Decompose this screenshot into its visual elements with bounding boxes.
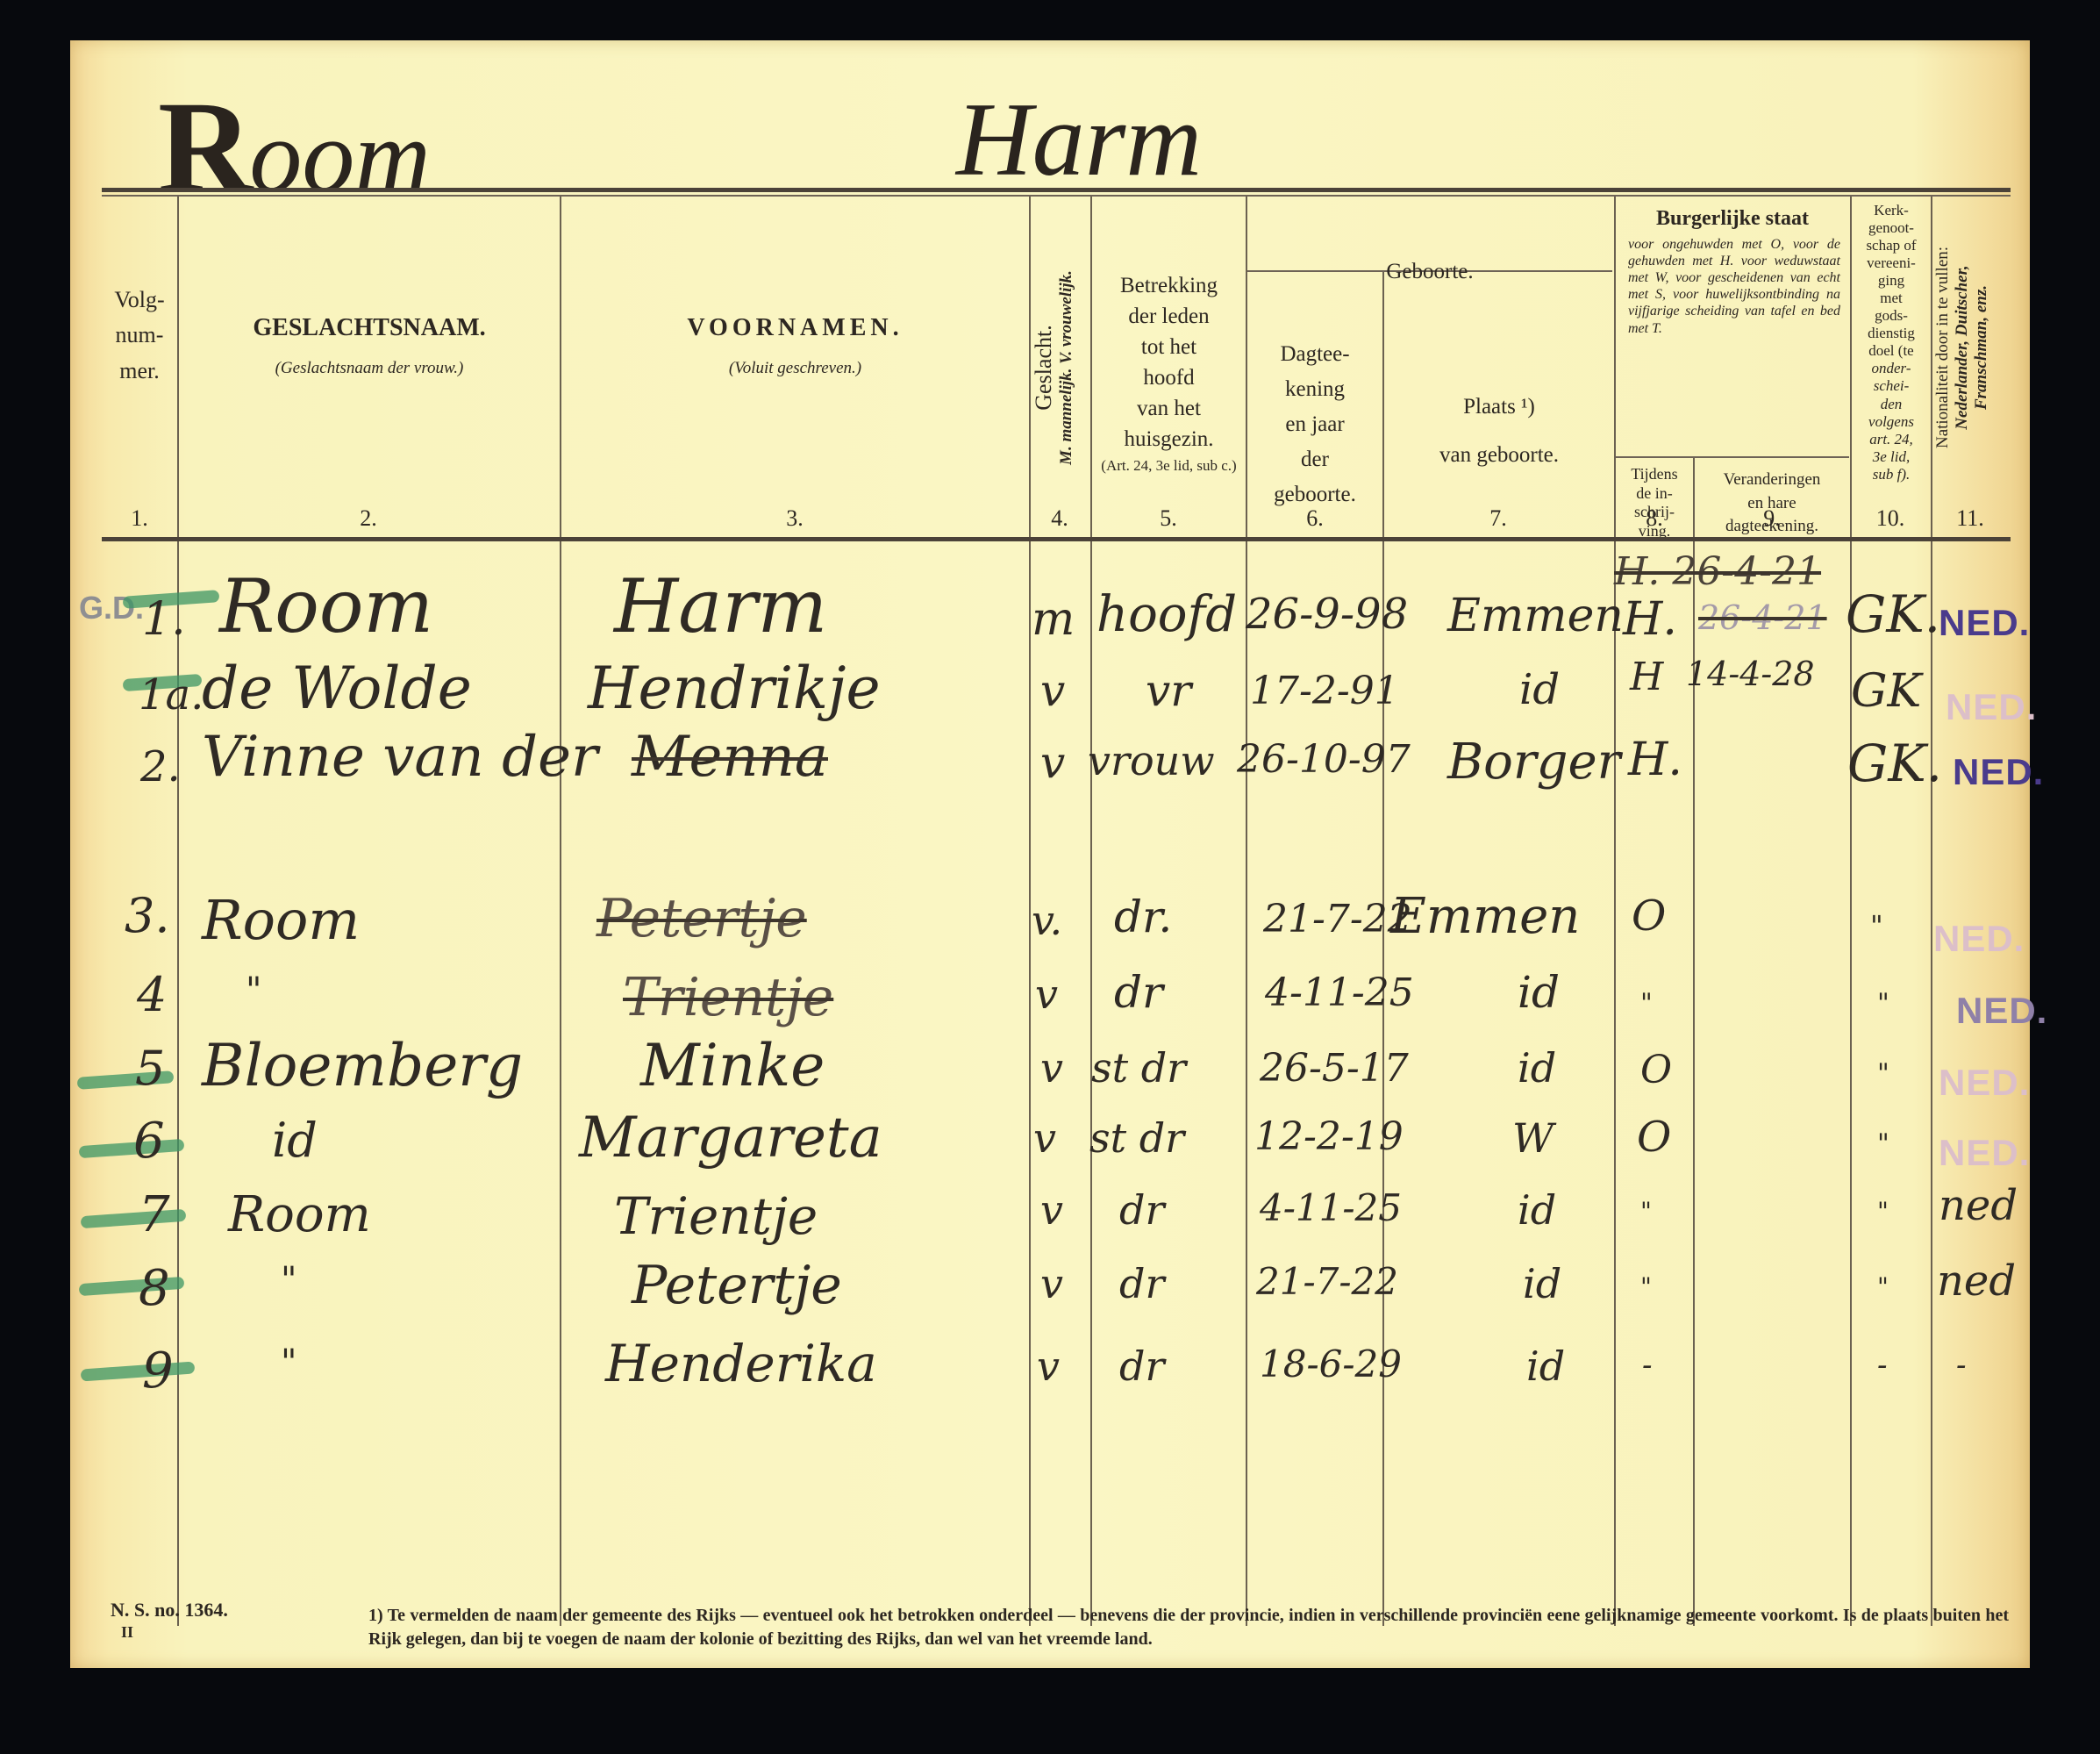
row-surname: Vinne van der bbox=[202, 725, 598, 790]
row-relation: st dr bbox=[1091, 1044, 1186, 1092]
row-sex: m bbox=[1032, 593, 1075, 646]
row-firstname: Margareta bbox=[579, 1106, 882, 1171]
header-subtitle: (Voluit geschreven.) bbox=[561, 358, 1029, 379]
header-text: Volg- bbox=[102, 283, 177, 318]
header-plaats: Plaats ¹) van geboorte. bbox=[1384, 383, 1614, 479]
row-birthdate: 26-9-98 bbox=[1246, 590, 1408, 639]
row-sex: v bbox=[1040, 737, 1065, 788]
row-surname: " bbox=[281, 1342, 296, 1383]
column-number: 1. bbox=[131, 505, 148, 532]
row-sex: v bbox=[1033, 1114, 1056, 1162]
row-number: 6 bbox=[133, 1113, 165, 1170]
header-text: sub f). bbox=[1852, 466, 1931, 483]
row-firstname: Trientje bbox=[614, 1186, 818, 1246]
column-number: 2. bbox=[360, 505, 377, 532]
header-title: Burgerlijke staat bbox=[1616, 205, 1849, 233]
row-sex: v. bbox=[1032, 897, 1062, 944]
row-religion: " bbox=[1877, 1058, 1889, 1089]
header-subtitle: (Geslachtsnaam der vrouw.) bbox=[179, 358, 560, 379]
burgerlijk-subrule bbox=[1616, 456, 1849, 458]
column-number: 9. bbox=[1763, 505, 1781, 532]
header-text: de in- bbox=[1616, 484, 1693, 504]
row-nationality-stamp: NED. bbox=[1939, 602, 2030, 644]
col-divider bbox=[177, 197, 179, 1626]
header-text: 3e lid, bbox=[1852, 448, 1931, 466]
row-relation: dr bbox=[1119, 1260, 1164, 1307]
row-nationality-stamp: NED. bbox=[1933, 918, 2025, 960]
row-nationality: - bbox=[1956, 1348, 1967, 1383]
row-surname: " bbox=[246, 970, 261, 1011]
card-title-surname: Room bbox=[158, 72, 431, 223]
header-text: art. 24, bbox=[1852, 431, 1931, 448]
row-birthplace: id bbox=[1523, 1260, 1561, 1307]
row-nationality-stamp: NED. bbox=[1939, 1132, 2030, 1174]
row-surname: Bloemberg bbox=[202, 1032, 523, 1099]
row-nationality-stamp: NED. bbox=[1946, 686, 2037, 728]
row-number: 4 bbox=[137, 967, 167, 1022]
header-title: VOORNAMEN. bbox=[561, 312, 1029, 344]
row-number: 9 bbox=[142, 1342, 174, 1400]
row-civil-status: " bbox=[1640, 1272, 1652, 1301]
row-birthdate: 12-2-19 bbox=[1254, 1114, 1404, 1159]
row-civil-status: O bbox=[1632, 891, 1666, 941]
row-birthplace: Borger bbox=[1447, 734, 1620, 791]
row-birthplace: id bbox=[1518, 1186, 1556, 1234]
row-birthplace: Emmen bbox=[1390, 888, 1580, 945]
top-rule-thin bbox=[102, 195, 2011, 197]
header-geslachtsnaam: GESLACHTSNAAM. (Geslachtsnaam der vrouw.… bbox=[179, 312, 560, 379]
row-firstname-struck: Petertje bbox=[596, 888, 807, 949]
row-religion: " bbox=[1870, 909, 1883, 942]
header-text: der bbox=[1247, 442, 1382, 477]
header-text: Veranderingen bbox=[1695, 469, 1849, 492]
header-text: den bbox=[1852, 396, 1931, 413]
row-civil-changes: 26-4-21 bbox=[1698, 598, 1827, 637]
form-sub-id: II bbox=[121, 1623, 133, 1642]
header-title: Geslacht. bbox=[1031, 201, 1057, 534]
row-relation: vr bbox=[1146, 665, 1191, 716]
row-birthdate: 4-11-25 bbox=[1260, 1186, 1402, 1229]
row-surname: id bbox=[272, 1113, 318, 1168]
col-divider bbox=[1931, 197, 1932, 1626]
header-text: Kerk- bbox=[1852, 202, 1931, 219]
header-bottom-rule bbox=[102, 537, 2011, 541]
row-sex: v bbox=[1040, 1044, 1063, 1092]
header-burgerlijke-staat: Burgerlijke staat voor ongehuwden met O,… bbox=[1616, 205, 1849, 337]
column-number: 8. bbox=[1646, 505, 1663, 532]
row-relation: dr. bbox=[1114, 891, 1172, 942]
row-birthdate: 17-2-91 bbox=[1250, 669, 1399, 713]
row-civil-status: H. bbox=[1628, 734, 1682, 786]
row-nationality-stamp: NED. bbox=[1939, 1062, 2030, 1104]
row-religion: GK. bbox=[1846, 584, 1940, 644]
header-geslacht: Geslacht. M. mannelijk. V. vrouwelijk. bbox=[1031, 201, 1092, 534]
row-religion: " bbox=[1877, 1197, 1889, 1226]
row-birthplace: W bbox=[1512, 1114, 1554, 1162]
col-divider bbox=[560, 197, 561, 1626]
header-text: schei- bbox=[1852, 377, 1931, 395]
header-text: der leden bbox=[1092, 301, 1246, 332]
header-text: huisgezin. bbox=[1092, 424, 1246, 455]
top-rule bbox=[102, 188, 2011, 192]
row-birthplace: Emmen bbox=[1447, 590, 1624, 642]
row-nationality-stamp: NED. bbox=[1956, 990, 2047, 1032]
header-geboorte: Geboorte. bbox=[1247, 258, 1612, 286]
surname-rest: oom bbox=[249, 97, 431, 214]
row-religion: " bbox=[1877, 1272, 1889, 1301]
row-firstname-struck: Trientje bbox=[623, 967, 833, 1028]
header-subtitle: M. mannelijk. V. vrouwelijk. bbox=[1057, 201, 1076, 534]
row-birthdate: 18-6-29 bbox=[1260, 1342, 1402, 1385]
header-text: doel (te bbox=[1852, 342, 1931, 360]
header-volgnummer: Volg- num- mer. bbox=[102, 283, 177, 389]
header-text: Tijdens bbox=[1616, 465, 1693, 484]
header-text: tot het bbox=[1092, 332, 1246, 362]
column-number: 4. bbox=[1051, 505, 1068, 532]
row-nationality: ned bbox=[1937, 1256, 2016, 1306]
row-number: 5 bbox=[135, 1041, 165, 1096]
row-surname: Room bbox=[219, 563, 433, 649]
header-text: kening bbox=[1247, 372, 1382, 407]
row-number: 2. bbox=[140, 742, 181, 791]
header-betrekking: Betrekking der leden tot het hoofd van h… bbox=[1092, 270, 1246, 477]
row-civil-status: " bbox=[1640, 1197, 1652, 1226]
row-sex: v bbox=[1040, 1260, 1063, 1307]
row-civil-status: - bbox=[1642, 1348, 1653, 1383]
row-birthplace: id bbox=[1526, 1342, 1565, 1390]
header-title: GESLACHTSNAAM. bbox=[179, 312, 560, 344]
row-birthplace: id bbox=[1519, 665, 1560, 714]
row-firstname: Hendrikje bbox=[588, 655, 881, 722]
row-religion: GK. bbox=[1847, 734, 1942, 793]
header-text: num- bbox=[102, 318, 177, 353]
header-dagteekening: Dagtee- kening en jaar der geboorte. bbox=[1247, 337, 1382, 512]
row-relation: st dr bbox=[1089, 1114, 1184, 1162]
row-religion: GK bbox=[1851, 665, 1921, 718]
header-text: Dagtee- bbox=[1247, 337, 1382, 372]
col-divider bbox=[1693, 458, 1695, 1626]
surname-initial: R bbox=[158, 75, 249, 220]
header-text: ging bbox=[1852, 272, 1931, 290]
column-number: 10. bbox=[1876, 505, 1905, 532]
row-birthplace: id bbox=[1518, 1044, 1556, 1092]
row-birthdate: 26-10-97 bbox=[1237, 737, 1411, 782]
row-surname: Room bbox=[202, 888, 360, 952]
row-firstname: Harm bbox=[614, 563, 827, 649]
row-relation: dr bbox=[1119, 1186, 1164, 1234]
header-text: mer. bbox=[102, 354, 177, 389]
row-surname: de Wolde bbox=[202, 655, 472, 722]
header-text: van geboorte. bbox=[1384, 431, 1614, 479]
green-pencil-mark bbox=[81, 1209, 187, 1228]
footnote: 1) Te vermelden de naam der gemeente des… bbox=[368, 1604, 2009, 1651]
row-relation: vrouw bbox=[1088, 737, 1215, 784]
row-firstname: Petertje bbox=[632, 1255, 842, 1316]
row-religion: - bbox=[1877, 1348, 1888, 1383]
row-sex: v bbox=[1040, 665, 1065, 716]
row-firstname: Minke bbox=[640, 1032, 825, 1099]
row-sex: v bbox=[1035, 970, 1058, 1018]
row-civil-status: H. bbox=[1623, 593, 1677, 646]
row-relation: hoofd bbox=[1096, 586, 1237, 643]
row-civil-status: O bbox=[1640, 1048, 1672, 1092]
row-birthdate: 4-11-25 bbox=[1265, 970, 1414, 1015]
column-number: 3. bbox=[786, 505, 804, 532]
column-number: 7. bbox=[1489, 505, 1507, 532]
row-number: 3. bbox=[125, 888, 170, 943]
header-text: Franschman, enz. bbox=[1972, 190, 1991, 505]
row-birthdate: 21-7-22 bbox=[1256, 1260, 1398, 1303]
row-religion: " bbox=[1877, 988, 1889, 1019]
header-text: Nederlander, Duitscher, bbox=[1953, 190, 1972, 505]
header-text: van het bbox=[1092, 393, 1246, 424]
column-number: 5. bbox=[1160, 505, 1177, 532]
header-text: vereeni- bbox=[1852, 254, 1931, 272]
row-nationality-stamp: NED. bbox=[1953, 751, 2044, 793]
header-subtitle: (Art. 24, 3e lid, sub c.) bbox=[1092, 455, 1246, 477]
row-civil-status: " bbox=[1640, 988, 1653, 1019]
column-number: 6. bbox=[1306, 505, 1324, 532]
row-relation: dr bbox=[1114, 967, 1163, 1018]
row-number: 8 bbox=[139, 1260, 170, 1317]
row-number: 1a. bbox=[139, 670, 204, 719]
row-civil-status: O bbox=[1637, 1113, 1671, 1162]
header-nationaliteit: Nationaliteit door in te vullen: Nederla… bbox=[1933, 190, 2004, 505]
row-number: 7 bbox=[139, 1186, 170, 1243]
header-text: Betrekking bbox=[1092, 270, 1246, 301]
header-text: schap of bbox=[1852, 237, 1931, 254]
row-birthdate: 26-5-17 bbox=[1260, 1046, 1409, 1091]
row-number: 1. bbox=[142, 593, 186, 646]
row-relation: dr bbox=[1119, 1342, 1164, 1390]
row-civil-changes: 14-4-28 bbox=[1686, 655, 1815, 693]
header-text: met bbox=[1852, 290, 1931, 307]
header-text: en jaar bbox=[1247, 407, 1382, 442]
header-text: volgens bbox=[1852, 413, 1931, 431]
row-civil-status: H bbox=[1630, 655, 1663, 699]
header-text: genoot- bbox=[1852, 219, 1931, 237]
row-surname: " bbox=[281, 1260, 296, 1300]
row-sex: v bbox=[1040, 1186, 1063, 1234]
header-text: onder- bbox=[1852, 360, 1931, 377]
green-pencil-mark bbox=[79, 1139, 185, 1158]
header-voornamen: VOORNAMEN. (Voluit geschreven.) bbox=[561, 312, 1029, 379]
header-text: gods- bbox=[1852, 307, 1931, 325]
header-text: hoofd bbox=[1092, 362, 1246, 393]
struck-civil-status: H. 26-4-21 bbox=[1614, 549, 1821, 594]
column-number: 11. bbox=[1956, 505, 1984, 532]
col-divider bbox=[1614, 197, 1616, 1626]
header-text: dienstig bbox=[1852, 325, 1931, 342]
header-text: Nationaliteit door in te vullen: bbox=[1933, 190, 1953, 505]
row-firstname: Henderika bbox=[605, 1334, 877, 1393]
row-firstname-struck: Menna bbox=[632, 725, 828, 790]
register-card: Room Harm Volg- num- mer. GESLACHTSNAAM.… bbox=[70, 40, 2030, 1668]
row-sex: v bbox=[1037, 1342, 1060, 1390]
row-surname: Room bbox=[228, 1186, 371, 1243]
row-birthplace: id bbox=[1518, 967, 1560, 1018]
row-religion: " bbox=[1877, 1128, 1889, 1159]
header-kerkgenootschap: Kerk- genoot- schap of vereeni- ging met… bbox=[1852, 202, 1931, 483]
card-title-firstname: Harm bbox=[956, 79, 1202, 200]
header-subtitle: voor ongehuwden met O, voor de gehuwden … bbox=[1616, 233, 1849, 337]
header-text: Plaats ¹) bbox=[1384, 383, 1614, 431]
form-id: N. S. no. 1364. bbox=[111, 1599, 228, 1622]
row-nationality: ned bbox=[1939, 1181, 2018, 1230]
